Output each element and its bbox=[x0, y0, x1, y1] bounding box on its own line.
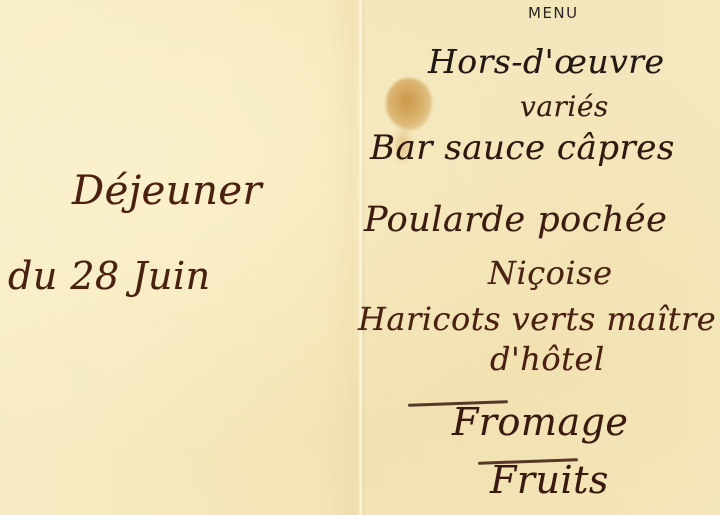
occasion-date: du 28 Juin bbox=[8, 254, 211, 298]
menu-heading: MENU bbox=[528, 4, 579, 22]
menu-item-hors-doeuvre: Hors-d'œuvre bbox=[428, 42, 665, 81]
menu-item-nicoise: Niçoise bbox=[488, 254, 613, 292]
menu-item-varies: variés bbox=[520, 90, 609, 123]
fold-crease bbox=[358, 0, 364, 515]
menu-card: Déjeuner du 28 Juin MENU Hors-d'œuvre va… bbox=[0, 0, 720, 515]
menu-item-fruits: Fruits bbox=[490, 458, 609, 502]
occasion-title: Déjeuner bbox=[72, 168, 262, 214]
coffee-stain bbox=[386, 78, 432, 130]
menu-item-dhotel: d'hôtel bbox=[490, 340, 605, 378]
menu-item-fromage: Fromage bbox=[452, 400, 628, 444]
menu-item-bar-sauce-capres: Bar sauce câpres bbox=[370, 128, 675, 168]
menu-item-haricots-verts: Haricots verts maître bbox=[358, 300, 716, 338]
menu-item-poularde-pochee: Poularde pochée bbox=[364, 200, 667, 240]
